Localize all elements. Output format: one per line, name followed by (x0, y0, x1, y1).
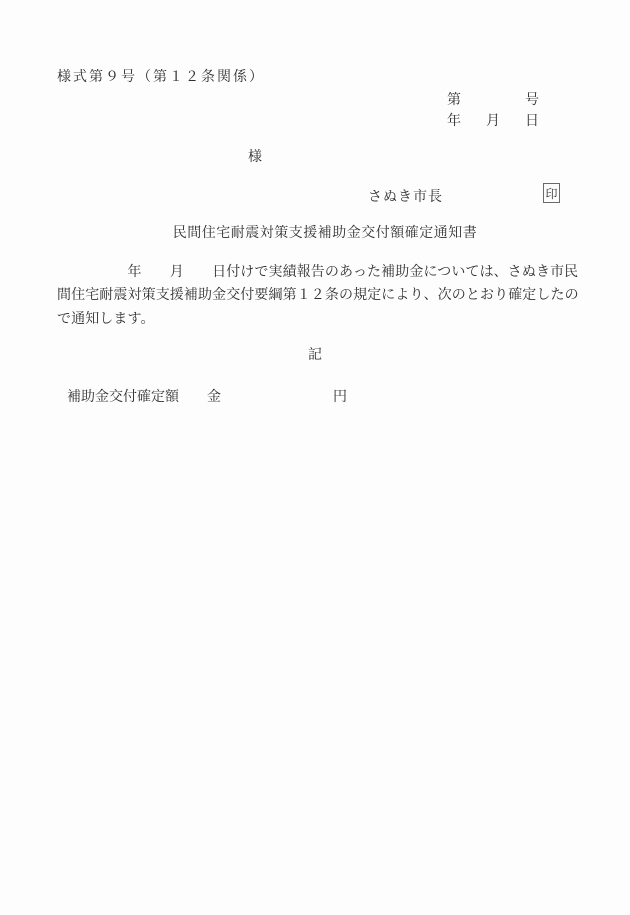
sender-mayor-title: さぬき市長 (368, 186, 443, 206)
body-line-1: 年 月 日付けで実績報告のあった補助金については、さぬき市民 (57, 261, 581, 284)
date-day-label: 日 (525, 110, 539, 130)
body-line-2: 間住宅耐震対策支援補助金交付要綱第１２条の規定により、次のとおり確定したの (57, 284, 581, 307)
body-paragraph: 年 月 日付けで実績報告のあった補助金については、さぬき市民 間住宅耐震対策支援… (57, 261, 581, 331)
seal-character: 印 (545, 185, 557, 202)
ki-section-marker: 記 (0, 344, 630, 364)
doc-number-suffix: 号 (525, 89, 539, 109)
document-number-line: 第 号 (447, 89, 539, 109)
body-line-3: で通知します。 (57, 308, 581, 331)
addressee-honorific: 様 (248, 146, 262, 166)
amount-line: 補助金交付確定額 金 円 (0, 386, 630, 406)
seal-mark: 印 (543, 183, 560, 203)
document-page: 様式第９号（第１２条関係） 第 号 年 月 日 様 さぬき市長 印 民間住宅耐震… (0, 0, 630, 915)
date-year-label: 年 (447, 110, 461, 130)
date-month-label: 月 (486, 110, 500, 130)
amount-currency-suffix: 円 (333, 386, 347, 406)
amount-label: 補助金交付確定額 (67, 386, 179, 406)
date-line: 年 月 日 (447, 110, 539, 130)
amount-currency-prefix: 金 (207, 386, 221, 406)
document-title: 民間住宅耐震対策支援補助金交付額確定通知書 (10, 222, 630, 242)
doc-number-prefix: 第 (447, 89, 461, 109)
form-number: 様式第９号（第１２条関係） (57, 66, 265, 86)
